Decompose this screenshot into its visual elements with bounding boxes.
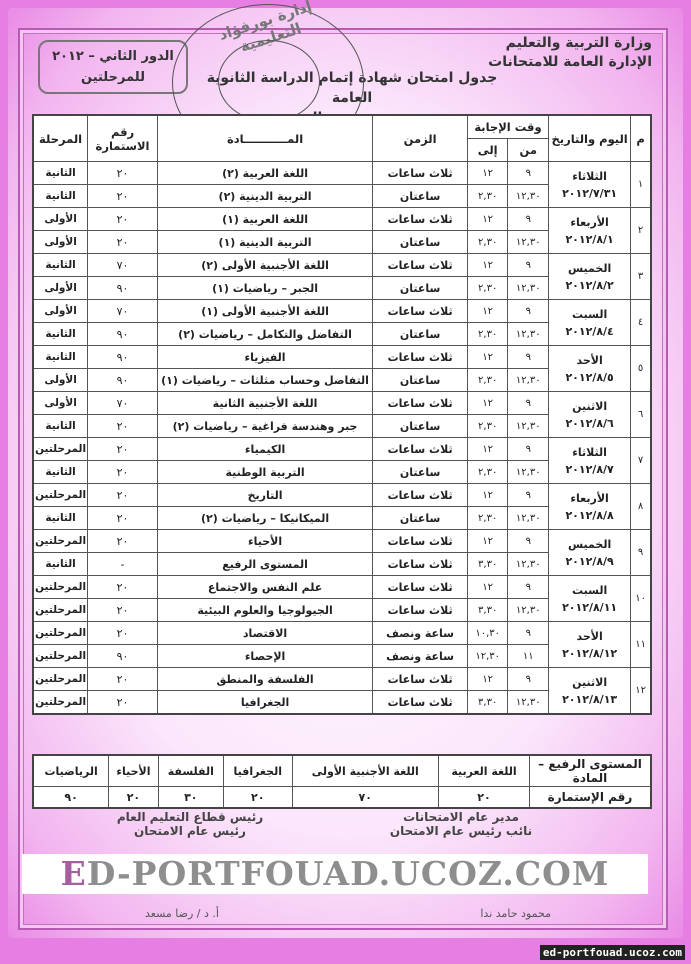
duration: ثلاث ساعات	[373, 162, 468, 185]
exam-date: ٢٠١٢/٧/٣١	[549, 185, 630, 202]
table-row: ١١الأحد٢٠١٢/٨/١٢٩١٠,٣٠ساعة ونصفالاقتصاد٢…	[33, 622, 651, 645]
exam-date: ٢٠١٢/٨/٢	[549, 277, 630, 294]
title-line-1: جدول امتحان شهادة إتمام الدراسة الثانوية…	[202, 68, 502, 108]
day-date-cell: السبت٢٠١٢/٨/٤	[549, 300, 631, 346]
subject: التفاضل وحساب مثلثات – رياضيات (١)	[157, 369, 372, 392]
table-row: ١٠السبت٢٠١٢/٨/١١٩١٢ثلاث ساعاتعلم النفس و…	[33, 576, 651, 599]
day-date-cell: الثلاثاء٢٠١٢/٧/٣١	[549, 162, 631, 208]
session-box: الدور الثاني – ٢٠١٢ للمرحلتين	[38, 40, 188, 94]
table-row: ٢الأربعاء٢٠١٢/٨/١٩١٢ثلاث ساعاتاللغة العر…	[33, 208, 651, 231]
row-number: ١١	[631, 622, 651, 668]
time-from: ٩	[508, 208, 549, 231]
stage: الثانية	[33, 553, 88, 576]
time-to: ٢,٣٠	[467, 369, 508, 392]
form-number: ٢٠	[88, 599, 158, 622]
high-level-subject: اللغة العربية	[439, 755, 530, 787]
duration: ساعتان	[373, 369, 468, 392]
col-subject: المـــــــــــادة	[157, 115, 372, 162]
form-number: ٩٠	[88, 645, 158, 668]
duration: ساعة ونصف	[373, 622, 468, 645]
time-from: ١٢,٣٠	[508, 461, 549, 484]
duration: ثلاث ساعات	[373, 208, 468, 231]
high-level-subject: الرياضيات	[33, 755, 109, 787]
duration: ساعتان	[373, 277, 468, 300]
stage: الثانية	[33, 415, 88, 438]
form-number: ٧٠	[88, 254, 158, 277]
row-number: ٢	[631, 208, 651, 254]
stage: الثانية	[33, 162, 88, 185]
time-from: ١٢,٣٠	[508, 507, 549, 530]
exams-department: الإدارة العامة للامتحانات	[488, 53, 652, 72]
stages-label: للمرحلتين	[40, 67, 186, 88]
table-row: ٤السبت٢٠١٢/٨/٤٩١٢ثلاث ساعاتاللغة الأجنبي…	[33, 300, 651, 323]
high-level-table: المستوى الرفيع – المادة اللغة العربيةالل…	[32, 754, 652, 809]
subject: الجيولوجيا والعلوم البيئية	[157, 599, 372, 622]
day-name: الخميس	[549, 536, 630, 553]
duration: ساعة ونصف	[373, 645, 468, 668]
stage: الثانية	[33, 185, 88, 208]
duration: ثلاث ساعات	[373, 599, 468, 622]
time-to: ١٢	[467, 668, 508, 691]
session-label: الدور الثاني – ٢٠١٢	[40, 46, 186, 67]
high-level-form-number: ٢٠	[223, 787, 292, 809]
row-number: ٦	[631, 392, 651, 438]
exam-date: ٢٠١٢/٨/٤	[549, 323, 630, 340]
time-to: ١٢	[467, 346, 508, 369]
row-number: ٥	[631, 346, 651, 392]
duration: ساعتان	[373, 507, 468, 530]
stage: الثانية	[33, 323, 88, 346]
exam-date: ٢٠١٢/٨/١٢	[549, 645, 630, 662]
day-name: الاثنين	[549, 398, 630, 415]
form-number: ٩٠	[88, 277, 158, 300]
stage: الثانية	[33, 461, 88, 484]
subject: التربية الوطنية	[157, 461, 372, 484]
row-number: ١	[631, 162, 651, 208]
signature-left: رئيس قطاع التعليم العام رئيس عام الامتحا…	[110, 810, 270, 838]
exam-schedule-table: م اليوم والتاريخ وقت الإجابة الزمن المــ…	[32, 114, 652, 715]
time-from: ١٢,٣٠	[508, 231, 549, 254]
day-date-cell: الخميس٢٠١٢/٨/٩	[549, 530, 631, 576]
time-to: ٢,٣٠	[467, 415, 508, 438]
duration: ساعتان	[373, 231, 468, 254]
subject: الإحصاء	[157, 645, 372, 668]
site-watermark: ed-portfouad.ucoz.com	[540, 945, 685, 960]
time-from: ١٢,٣٠	[508, 553, 549, 576]
time-from: ٩	[508, 162, 549, 185]
high-level-form-number: ٢٠	[439, 787, 530, 809]
time-from: ٩	[508, 576, 549, 599]
time-to: ٢,٣٠	[467, 461, 508, 484]
duration: ثلاث ساعات	[373, 576, 468, 599]
time-to: ٢,٣٠	[467, 185, 508, 208]
stage: الأولى	[33, 231, 88, 254]
day-date-cell: الأربعاء٢٠١٢/٨/٨	[549, 484, 631, 530]
duration: ثلاث ساعات	[373, 553, 468, 576]
stage: المرحلتين	[33, 438, 88, 461]
table-row: ٦الاثنين٢٠١٢/٨/٦٩١٢ثلاث ساعاتاللغة الأجن…	[33, 392, 651, 415]
time-from: ١٢,٣٠	[508, 277, 549, 300]
high-level-subject: اللغة الأجنبية الأولى	[292, 755, 438, 787]
time-to: ٢,٣٠	[467, 507, 508, 530]
day-name: الأربعاء	[549, 490, 630, 507]
time-to: ١٠,٣٠	[467, 622, 508, 645]
col-num: م	[631, 115, 651, 162]
duration: ثلاث ساعات	[373, 392, 468, 415]
time-to: ١٢,٣٠	[467, 645, 508, 668]
form-number: ٢٠	[88, 484, 158, 507]
day-date-cell: الاثنين٢٠١٢/٨/١٣	[549, 668, 631, 715]
subject: التربية الدينية (٢)	[157, 185, 372, 208]
stage: الثانية	[33, 346, 88, 369]
exam-date: ٢٠١٢/٨/٧	[549, 461, 630, 478]
subject: الجبر – رياضيات (١)	[157, 277, 372, 300]
time-to: ١٢	[467, 576, 508, 599]
col-day-date: اليوم والتاريخ	[549, 115, 631, 162]
high-level-form-number: ٧٠	[292, 787, 438, 809]
time-from: ٩	[508, 346, 549, 369]
form-number: ٧٠	[88, 300, 158, 323]
high-level-form-number: ٣٠	[158, 787, 223, 809]
stage: الأولى	[33, 208, 88, 231]
day-date-cell: السبت٢٠١٢/٨/١١	[549, 576, 631, 622]
time-from: ١٢,٣٠	[508, 185, 549, 208]
stage: الأولى	[33, 300, 88, 323]
subject: علم النفس والاجتماع	[157, 576, 372, 599]
time-to: ١٢	[467, 162, 508, 185]
time-to: ١٢	[467, 438, 508, 461]
high-level-form-number: ٩٠	[33, 787, 109, 809]
day-name: السبت	[549, 306, 630, 323]
subject: اللغة الأجنبية الأولى (١)	[157, 300, 372, 323]
high-level-subjects-row: المستوى الرفيع – المادة اللغة العربيةالل…	[33, 755, 651, 787]
time-from: ٩	[508, 622, 549, 645]
site-banner: ED-PORTFOUAD.UCOZ.COM	[22, 854, 648, 894]
duration: ثلاث ساعات	[373, 254, 468, 277]
col-from: من	[508, 139, 549, 162]
subject: الأحياء	[157, 530, 372, 553]
time-to: ١٢	[467, 300, 508, 323]
form-number: ٢٠	[88, 162, 158, 185]
table-row: ٨الأربعاء٢٠١٢/٨/٨٩١٢ثلاث ساعاتالتاريخ٢٠ا…	[33, 484, 651, 507]
time-from: ٩	[508, 438, 549, 461]
form-number: ٢٠	[88, 691, 158, 715]
row-number: ٤	[631, 300, 651, 346]
day-name: الاثنين	[549, 674, 630, 691]
ministry-header: وزارة التربية والتعليم الإدارة العامة لل…	[488, 34, 652, 72]
col-answer-time: وقت الإجابة	[467, 115, 548, 139]
subject: المستوى الرفيع	[157, 553, 372, 576]
form-number: ٢٠	[88, 622, 158, 645]
exam-date: ٢٠١٢/٨/٩	[549, 553, 630, 570]
exam-date: ٢٠١٢/٨/٨	[549, 507, 630, 524]
table-row: ٩الخميس٢٠١٢/٨/٩٩١٢ثلاث ساعاتالأحياء٢٠الم…	[33, 530, 651, 553]
exam-date: ٢٠١٢/٨/١١	[549, 599, 630, 616]
subject: اللغة العربية (٢)	[157, 162, 372, 185]
subject: اللغة العربية (١)	[157, 208, 372, 231]
subject: الميكانيكا – رياضيات (٢)	[157, 507, 372, 530]
day-date-cell: الثلاثاء٢٠١٢/٨/٧	[549, 438, 631, 484]
stage: الأولى	[33, 392, 88, 415]
time-from: ٩	[508, 392, 549, 415]
subject: اللغة الأجنبية الأولى (٢)	[157, 254, 372, 277]
table-row: ٣الخميس٢٠١٢/٨/٢٩١٢ثلاث ساعاتاللغة الأجنب…	[33, 254, 651, 277]
time-to: ١٢	[467, 530, 508, 553]
stage: المرحلتين	[33, 622, 88, 645]
signature-right-name: محمود حامد ندا	[480, 907, 551, 920]
form-number: ٧٠	[88, 392, 158, 415]
row-number: ١٢	[631, 668, 651, 715]
row-number: ٧	[631, 438, 651, 484]
row-number: ٩	[631, 530, 651, 576]
form-number: ٢٠	[88, 208, 158, 231]
duration: ثلاث ساعات	[373, 300, 468, 323]
duration: ثلاث ساعات	[373, 438, 468, 461]
subject: التربية الدينية (١)	[157, 231, 372, 254]
form-number: ٩٠	[88, 323, 158, 346]
high-level-label: المستوى الرفيع – المادة	[530, 755, 652, 787]
time-from: ١٢,٣٠	[508, 323, 549, 346]
form-number: ٩٠	[88, 346, 158, 369]
col-duration: الزمن	[373, 115, 468, 162]
stage: المرحلتين	[33, 645, 88, 668]
duration: ثلاث ساعات	[373, 346, 468, 369]
duration: ثلاث ساعات	[373, 691, 468, 715]
form-number: ٢٠	[88, 231, 158, 254]
time-from: ١٢,٣٠	[508, 599, 549, 622]
day-name: السبت	[549, 582, 630, 599]
signature-left-name: أ. د / رضا مسعد	[145, 907, 219, 920]
stage: المرحلتين	[33, 691, 88, 715]
row-number: ١٠	[631, 576, 651, 622]
exam-date: ٢٠١٢/٨/٦	[549, 415, 630, 432]
day-date-cell: الخميس٢٠١٢/٨/٢	[549, 254, 631, 300]
subject: الفلسفة والمنطق	[157, 668, 372, 691]
stage: المرحلتين	[33, 599, 88, 622]
subject: اللغة الأجنبية الثانية	[157, 392, 372, 415]
time-from: ١٢,٣٠	[508, 369, 549, 392]
high-level-form-number: ٢٠	[109, 787, 158, 809]
high-level-forms-row: رقم الإستمارة ٢٠٧٠٢٠٣٠٢٠٩٠	[33, 787, 651, 809]
day-name: الأربعاء	[549, 214, 630, 231]
duration: ساعتان	[373, 323, 468, 346]
table-row: ٧الثلاثاء٢٠١٢/٨/٧٩١٢ثلاث ساعاتالكيمياء٢٠…	[33, 438, 651, 461]
duration: ثلاث ساعات	[373, 530, 468, 553]
stage: المرحلتين	[33, 576, 88, 599]
day-name: الأحد	[549, 352, 630, 369]
day-date-cell: الأحد٢٠١٢/٨/١٢	[549, 622, 631, 668]
day-date-cell: الأحد٢٠١٢/٨/٥	[549, 346, 631, 392]
time-to: ٢,٣٠	[467, 231, 508, 254]
banner-text: D-PORTFOUAD.UCOZ.COM	[87, 854, 610, 893]
time-to: ١٢	[467, 254, 508, 277]
day-name: الأحد	[549, 628, 630, 645]
exam-date: ٢٠١٢/٨/١	[549, 231, 630, 248]
time-from: ٩	[508, 668, 549, 691]
time-to: ٣,٣٠	[467, 599, 508, 622]
duration: ثلاث ساعات	[373, 668, 468, 691]
form-number: ٢٠	[88, 461, 158, 484]
subject: الجغرافيا	[157, 691, 372, 715]
high-level-subject: الأحياء	[109, 755, 158, 787]
day-name: الخميس	[549, 260, 630, 277]
time-to: ١٢	[467, 208, 508, 231]
subject: التفاضل والتكامل – رياضيات (٢)	[157, 323, 372, 346]
exam-date: ٢٠١٢/٨/٥	[549, 369, 630, 386]
banner-first-letter: E	[61, 854, 87, 893]
form-number: ٢٠	[88, 530, 158, 553]
schedule-body: ١الثلاثاء٢٠١٢/٧/٣١٩١٢ثلاث ساعاتاللغة الع…	[33, 162, 651, 715]
col-form-number: رقم الاستمارة	[88, 115, 158, 162]
form-number: ٢٠	[88, 185, 158, 208]
table-row: ٥الأحد٢٠١٢/٨/٥٩١٢ثلاث ساعاتالفيزياء٩٠الث…	[33, 346, 651, 369]
time-from: ١١	[508, 645, 549, 668]
subject: التاريخ	[157, 484, 372, 507]
col-to: إلى	[467, 139, 508, 162]
signature-left-title-1: رئيس قطاع التعليم العام	[110, 810, 270, 824]
table-row: ١٢الاثنين٢٠١٢/٨/١٣٩١٢ثلاث ساعاتالفلسفة و…	[33, 668, 651, 691]
form-number: ٢٠	[88, 438, 158, 461]
subject: جبر وهندسة فراغية – رياضيات (٢)	[157, 415, 372, 438]
form-number: ٢٠	[88, 507, 158, 530]
row-number: ٨	[631, 484, 651, 530]
stage: الثانية	[33, 507, 88, 530]
signature-right-title-2: نائب رئيس عام الامتحان	[381, 824, 541, 838]
row-number: ٣	[631, 254, 651, 300]
table-row: ١الثلاثاء٢٠١٢/٧/٣١٩١٢ثلاث ساعاتاللغة الع…	[33, 162, 651, 185]
time-from: ٩	[508, 300, 549, 323]
stage: المرحلتين	[33, 668, 88, 691]
subject: الاقتصاد	[157, 622, 372, 645]
time-to: ١٢	[467, 392, 508, 415]
form-number: ٢٠	[88, 668, 158, 691]
stage: الثانية	[33, 254, 88, 277]
duration: ثلاث ساعات	[373, 484, 468, 507]
time-to: ٢,٣٠	[467, 277, 508, 300]
form-number-label: رقم الإستمارة	[530, 787, 652, 809]
day-date-cell: الاثنين٢٠١٢/٨/٦	[549, 392, 631, 438]
duration: ساعتان	[373, 185, 468, 208]
time-to: ٣,٣٠	[467, 691, 508, 715]
time-from: ٩	[508, 530, 549, 553]
signature-right-title-1: مدير عام الامتحانات	[381, 810, 541, 824]
form-number: ٢٠	[88, 415, 158, 438]
stage: المرحلتين	[33, 530, 88, 553]
time-to: ٢,٣٠	[467, 323, 508, 346]
subject: الفيزياء	[157, 346, 372, 369]
form-number: ٩٠	[88, 369, 158, 392]
col-stage: المرحلة	[33, 115, 88, 162]
high-level-subject: الجغرافيا	[223, 755, 292, 787]
time-from: ٩	[508, 254, 549, 277]
time-from: ١٢,٣٠	[508, 691, 549, 715]
day-name: الثلاثاء	[549, 444, 630, 461]
exam-date: ٢٠١٢/٨/١٣	[549, 691, 630, 708]
stage: الأولى	[33, 369, 88, 392]
time-to: ١٢	[467, 484, 508, 507]
stage: المرحلتين	[33, 484, 88, 507]
duration: ساعتان	[373, 415, 468, 438]
form-number: ٢٠	[88, 576, 158, 599]
time-to: ٣,٣٠	[467, 553, 508, 576]
signature-left-title-2: رئيس عام الامتحان	[110, 824, 270, 838]
duration: ساعتان	[373, 461, 468, 484]
signature-right: مدير عام الامتحانات نائب رئيس عام الامتح…	[381, 810, 541, 838]
subject: الكيمياء	[157, 438, 372, 461]
high-level-subject: الفلسفة	[158, 755, 223, 787]
day-name: الثلاثاء	[549, 168, 630, 185]
ministry-name: وزارة التربية والتعليم	[488, 34, 652, 53]
time-from: ١٢,٣٠	[508, 415, 549, 438]
stage: الأولى	[33, 277, 88, 300]
form-number: -	[88, 553, 158, 576]
day-date-cell: الأربعاء٢٠١٢/٨/١	[549, 208, 631, 254]
time-from: ٩	[508, 484, 549, 507]
